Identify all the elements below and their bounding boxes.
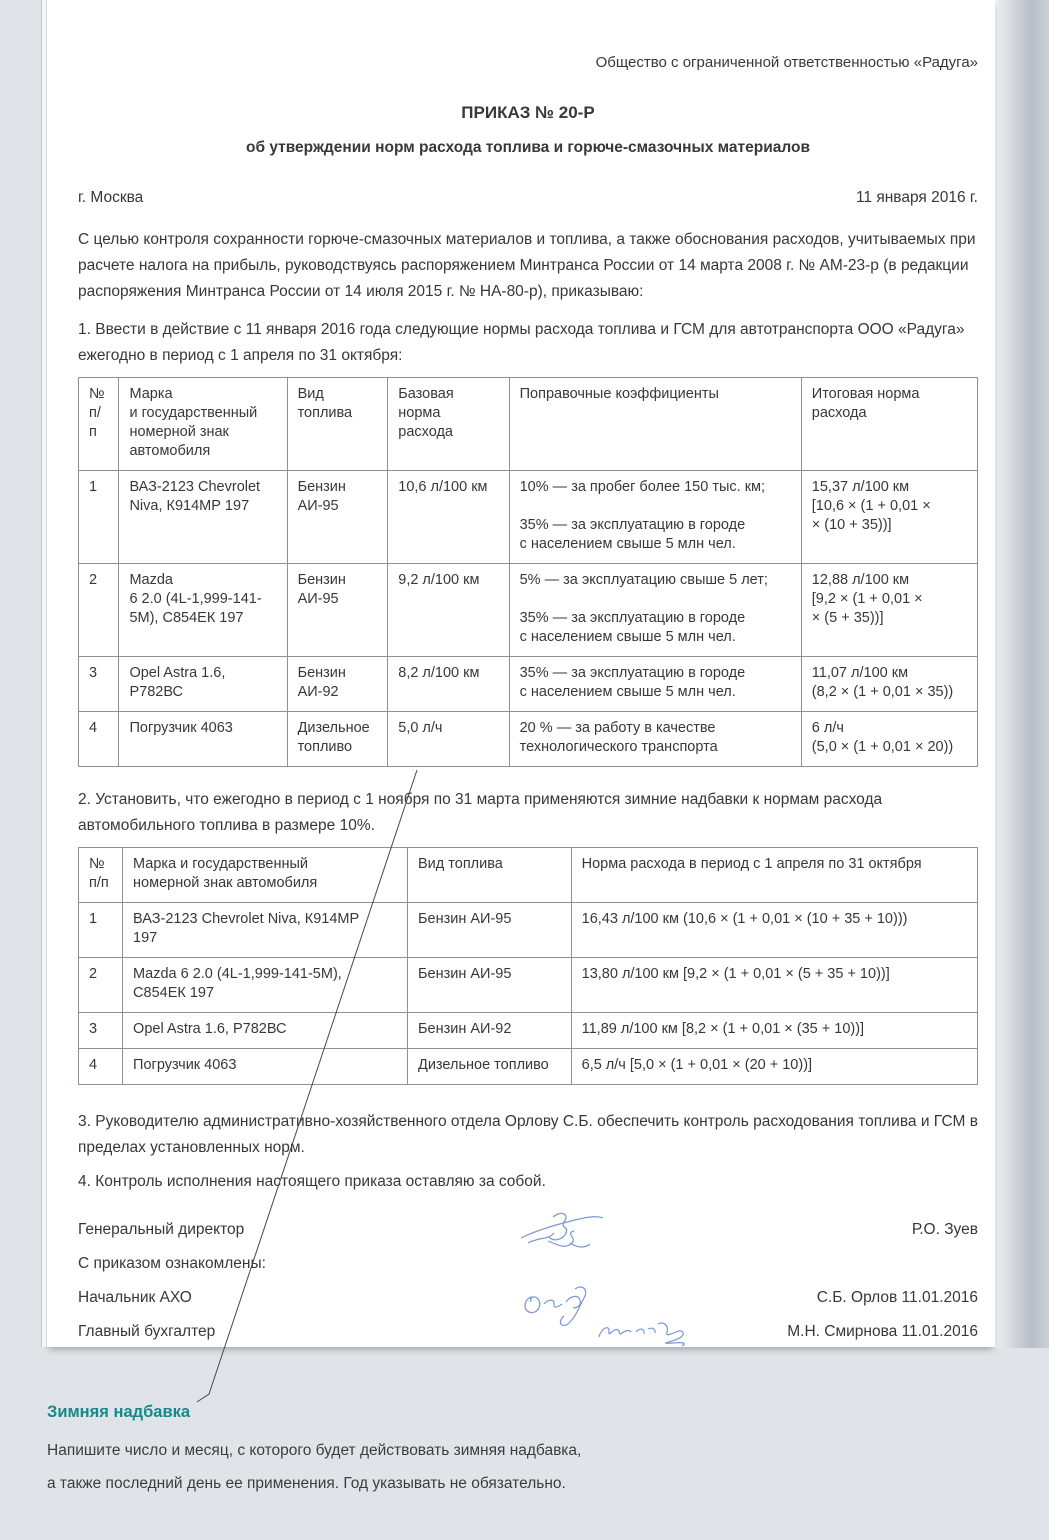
cell-num: 3 xyxy=(79,1013,123,1049)
table-row: 4 Погрузчик 4063 Дизельное топливо 6,5 л… xyxy=(79,1049,978,1085)
column-header-num: № п/п xyxy=(79,378,119,471)
winter-norms-table: № п/п Марка и государственный номерной з… xyxy=(78,847,978,1085)
cell-fuel: Дизельное топливо xyxy=(287,712,388,767)
order-document-page: Общество с ограниченной ответственностью… xyxy=(47,0,995,1347)
cell-coefficients: 20 % — за работу в качестве технологичес… xyxy=(509,712,801,767)
cell-fuel: Бензин АИ-95 xyxy=(408,903,572,958)
order-item-3: 3. Руководителю административно-хозяйств… xyxy=(78,1109,978,1161)
cell-base-norm: 9,2 л/100 км xyxy=(388,564,509,657)
cell-fuel: Бензин АИ-95 xyxy=(287,564,388,657)
cell-model: ВАЗ-2123 Chevrolet Niva, К914МР 197 xyxy=(123,903,408,958)
table-row: 1 ВАЗ-2123 Chevrolet Niva, К914МР 197 Бе… xyxy=(79,471,978,564)
cell-base-norm: 10,6 л/100 км xyxy=(388,471,509,564)
table-header-row: № п/п Марка и государственный номерной з… xyxy=(79,848,978,903)
cell-fuel: Дизельное топливо xyxy=(408,1049,572,1085)
fuel-norms-table: № п/п Марка и государственный номерной з… xyxy=(78,377,978,767)
column-header-fuel: Вид топлива xyxy=(287,378,388,471)
cell-model: Opel Astra 1.6, Р782ВС xyxy=(123,1013,408,1049)
screenshot-stage: Общество с ограниченной ответственностью… xyxy=(0,0,1049,1540)
accountant-signature-row: Главный бухгалтер М.Н. Смирнова 11.01.20… xyxy=(78,1319,978,1345)
annotation-title: Зимняя надбавка xyxy=(47,1400,767,1424)
cell-period-norm: 6,5 л/ч [5,0 × (1 + 0,01 × (20 + 10))] xyxy=(571,1049,977,1085)
cell-total-norm: 11,07 л/100 км (8,2 × (1 + 0,01 × 35)) xyxy=(801,657,977,712)
cell-num: 1 xyxy=(79,903,123,958)
cell-total-norm: 15,37 л/100 км [10,6 × (1 + 0,01 × × (10… xyxy=(801,471,977,564)
table-row: 2 Mazda 6 2.0 (4L-1,999-141-5М), С854ЕК … xyxy=(79,958,978,1013)
page-curl-shadow xyxy=(995,0,1049,1348)
order-item-1: 1. Ввести в действие с 11 января 2016 го… xyxy=(78,317,978,369)
acknowledged-row: С приказом ознакомлены: xyxy=(78,1251,978,1277)
column-header-num: № п/п xyxy=(79,848,123,903)
order-subtitle: об утверждении норм расхода топлива и го… xyxy=(78,137,978,159)
table-row: 2 Mazda 6 2.0 (4L-1,999-141- 5М), С854ЕК… xyxy=(79,564,978,657)
organization-name: Общество с ограниченной ответственностью… xyxy=(78,0,978,74)
director-name: Р.О. Зуев xyxy=(912,1217,978,1243)
order-item-4: 4. Контроль исполнения настоящего приказ… xyxy=(78,1169,978,1195)
table-row: 1 ВАЗ-2123 Chevrolet Niva, К914МР 197 Бе… xyxy=(79,903,978,958)
director-signature-row: Генеральный директор Р.О. Зуев xyxy=(78,1217,978,1243)
cell-total-norm: 12,88 л/100 км [9,2 × (1 + 0,01 × × (5 +… xyxy=(801,564,977,657)
cell-coefficients: 5% — за эксплуатацию свыше 5 лет; 35% — … xyxy=(509,564,801,657)
document-date: 11 января 2016 г. xyxy=(856,185,978,211)
cell-fuel: Бензин АИ-92 xyxy=(408,1013,572,1049)
accountant-label: Главный бухгалтер xyxy=(78,1319,215,1345)
cell-model: Mazda 6 2.0 (4L-1,999-141-5М), С854ЕК 19… xyxy=(123,958,408,1013)
column-header-period-norm: Норма расхода в период с 1 апреля по 31 … xyxy=(571,848,977,903)
cell-base-norm: 8,2 л/100 км xyxy=(388,657,509,712)
cell-fuel: Бензин АИ-95 xyxy=(287,471,388,564)
place-date-row: г. Москва 11 января 2016 г. xyxy=(78,185,978,211)
cell-model: Погрузчик 4063 xyxy=(119,712,287,767)
order-title: ПРИКАЗ № 20-Р xyxy=(78,102,978,124)
cell-num: 4 xyxy=(79,1049,123,1085)
cell-model: ВАЗ-2123 Chevrolet Niva, К914МР 197 xyxy=(119,471,287,564)
aho-name: С.Б. Орлов 11.01.2016 xyxy=(817,1285,978,1311)
column-header-model: Марка и государственный номерной знак ав… xyxy=(123,848,408,903)
cell-model: Mazda 6 2.0 (4L-1,999-141- 5М), С854ЕК 1… xyxy=(119,564,287,657)
column-header-model: Марка и государственный номерной знак ав… xyxy=(119,378,287,471)
table-row: 4 Погрузчик 4063 Дизельное топливо 5,0 л… xyxy=(79,712,978,767)
column-header-base-norm: Базовая норма расхода xyxy=(388,378,509,471)
document-place: г. Москва xyxy=(78,185,143,211)
cell-period-norm: 16,43 л/100 км (10,6 × (1 + 0,01 × (10 +… xyxy=(571,903,977,958)
cell-coefficients: 35% — за эксплуатацию в городе с населен… xyxy=(509,657,801,712)
cell-num: 1 xyxy=(79,471,119,564)
director-label: Генеральный директор xyxy=(78,1217,244,1243)
aho-signature-row: Начальник АХО С.Б. Орлов 11.01.2016 xyxy=(78,1285,978,1311)
column-header-total-norm: Итоговая норма расхода xyxy=(801,378,977,471)
column-header-fuel: Вид топлива xyxy=(408,848,572,903)
column-header-coefficients: Поправочные коэффициенты xyxy=(509,378,801,471)
cell-num: 4 xyxy=(79,712,119,767)
cell-num: 2 xyxy=(79,564,119,657)
cell-model: Opel Astra 1.6, Р782ВС xyxy=(119,657,287,712)
order-item-2: 2. Установить, что ежегодно в период с 1… xyxy=(78,787,978,839)
cell-model: Погрузчик 4063 xyxy=(123,1049,408,1085)
annotation-block: Зимняя надбавка Напишите число и месяц, … xyxy=(47,1400,767,1500)
aho-label: Начальник АХО xyxy=(78,1285,192,1311)
cell-fuel: Бензин АИ-92 xyxy=(287,657,388,712)
cell-period-norm: 13,80 л/100 км [9,2 × (1 + 0,01 × (5 + 3… xyxy=(571,958,977,1013)
cell-period-norm: 11,89 л/100 км [8,2 × (1 + 0,01 × (35 + … xyxy=(571,1013,977,1049)
table-header-row: № п/п Марка и государственный номерной з… xyxy=(79,378,978,471)
cell-fuel: Бензин АИ-95 xyxy=(408,958,572,1013)
signatures-block: Генеральный директор Р.О. Зуев С приказо… xyxy=(78,1217,978,1345)
annotation-text: Напишите число и месяц, с которого будет… xyxy=(47,1434,767,1500)
cell-num: 3 xyxy=(79,657,119,712)
accountant-signature-ink xyxy=(590,1315,690,1351)
director-signature-ink xyxy=(513,1205,613,1257)
accountant-name: М.Н. Смирнова 11.01.2016 xyxy=(787,1319,978,1345)
cell-base-norm: 5,0 л/ч xyxy=(388,712,509,767)
cell-num: 2 xyxy=(79,958,123,1013)
table-row: 3 Opel Astra 1.6, Р782ВС Бензин АИ-92 11… xyxy=(79,1013,978,1049)
acknowledged-label: С приказом ознакомлены: xyxy=(78,1251,266,1277)
table-row: 3 Opel Astra 1.6, Р782ВС Бензин АИ-92 8,… xyxy=(79,657,978,712)
intro-paragraph: С целью контроля сохранности горюче-смаз… xyxy=(78,227,978,305)
cell-total-norm: 6 л/ч (5,0 × (1 + 0,01 × 20)) xyxy=(801,712,977,767)
cell-coefficients: 10% — за пробег более 150 тыс. км; 35% —… xyxy=(509,471,801,564)
